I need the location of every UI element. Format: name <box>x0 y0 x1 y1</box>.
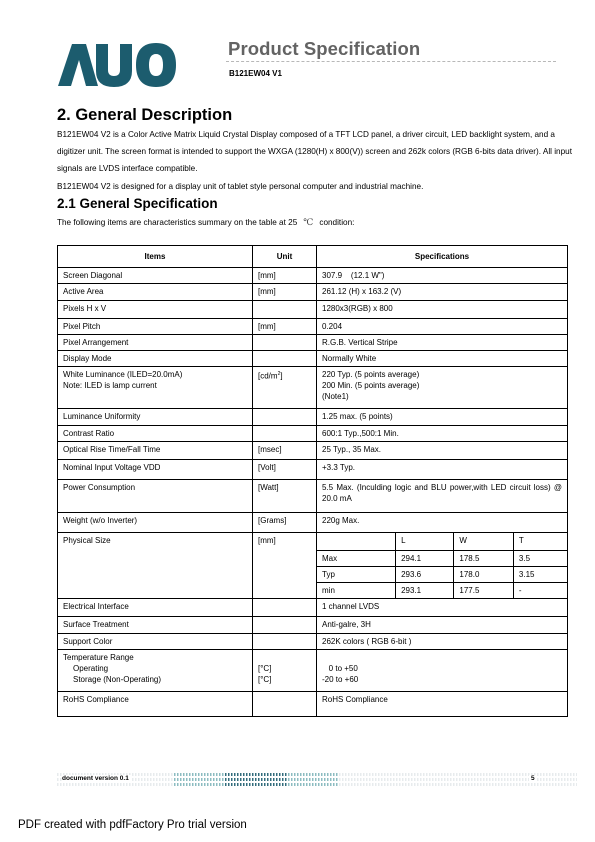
spec-cell: 307.9 (12.1 W") <box>317 268 568 284</box>
unit-cell: [msec] <box>253 442 317 460</box>
item-cell: Contrast Ratio <box>58 426 253 442</box>
unit-cell <box>253 616 317 633</box>
physical-value: 294.1 <box>396 550 454 566</box>
spec-cell: 220 Typ. (5 points average) 200 Min. (5 … <box>317 367 568 409</box>
spec-note: (Note1) <box>322 391 562 402</box>
table-row: RoHS Compliance RoHS Compliance <box>58 691 568 716</box>
table-header-row: Items Unit Specifications <box>58 246 568 268</box>
item-cell: Active Area <box>58 284 253 301</box>
unit-cell: [mm] <box>253 319 317 335</box>
table-intro: The following items are characteristics … <box>57 218 354 228</box>
table-row: Nominal Input Voltage VDD [Volt] +3.3 Ty… <box>58 460 568 480</box>
auo-logo <box>58 40 178 88</box>
spec-cell: 262K colors ( RGB 6-bit ) <box>317 633 568 649</box>
spec-cell: 220g Max. <box>317 513 568 533</box>
item-cell: Pixel Arrangement <box>58 335 253 351</box>
unit-cell: [mm] <box>253 533 317 599</box>
item-cell: Physical Size <box>58 533 253 599</box>
page-number: 5 <box>529 775 537 782</box>
table-row: Luminance Uniformity 1.25 max. (5 points… <box>58 409 568 426</box>
table-row: Weight (w/o Inverter) [Grams] 220g Max. <box>58 513 568 533</box>
table-row: Display Mode Normally White <box>58 351 568 367</box>
unit-base: [cd/m <box>258 372 278 381</box>
section-heading: 2. General Description <box>57 106 232 125</box>
doc-title: Product Specification <box>228 38 420 60</box>
item-cell: Power Consumption <box>58 480 253 513</box>
item-cell: Nominal Input Voltage VDD <box>58 460 253 480</box>
physical-row-max: Max 294.1 178.5 3.5 <box>317 550 567 566</box>
header-specifications: Specifications <box>317 246 568 268</box>
physical-row-typ: Typ 293.6 178.0 3.15 <box>317 566 567 582</box>
spec-cell: Anti-galre, 3H <box>317 616 568 633</box>
unit-cell <box>253 301 317 319</box>
physical-label: min <box>317 582 396 598</box>
model-number: B121EW04 V1 <box>229 69 282 78</box>
physical-value: 3.5 <box>513 550 567 566</box>
intro-text-end: condition: <box>319 218 354 227</box>
item-cell: RoHS Compliance <box>58 691 253 716</box>
physical-row-min: min 293.1 177.5 - <box>317 582 567 598</box>
unit-cell <box>253 426 317 442</box>
physical-value: 178.0 <box>454 566 514 582</box>
item-cell: Support Color <box>58 633 253 649</box>
spec-line: 0 to +50 <box>322 663 562 674</box>
document-version: document version 0.1 <box>62 775 131 782</box>
item-cell: Surface Treatment <box>58 616 253 633</box>
table-row: Electrical Interface 1 channel LVDS <box>58 598 568 616</box>
physical-value: 293.1 <box>396 582 454 598</box>
pdf-watermark: PDF created with pdfFactory Pro trial ve… <box>18 819 247 831</box>
table-row: Surface Treatment Anti-galre, 3H <box>58 616 568 633</box>
physical-size-cell: L W T Max 294.1 178.5 3.5 Typ 293.6 178.… <box>317 533 568 599</box>
unit-cell: [Volt] <box>253 460 317 480</box>
item-cell: Weight (w/o Inverter) <box>58 513 253 533</box>
spec-line: 200 Min. (5 points average) <box>322 380 562 391</box>
table-row: Screen Diagonal [mm] 307.9 (12.1 W") <box>58 268 568 284</box>
item-cell: Optical Rise Time/Fall Time <box>58 442 253 460</box>
spec-line: 220 Typ. (5 points average) <box>322 369 562 380</box>
physical-value: 178.5 <box>454 550 514 566</box>
physical-header-row: L W T <box>317 533 567 550</box>
physical-header-l: L <box>396 533 454 550</box>
item-cell: Display Mode <box>58 351 253 367</box>
physical-label: Typ <box>317 566 396 582</box>
description-paragraph: B121EW04 V2 is a Color Active Matrix Liq… <box>57 126 572 177</box>
table-row: Power Consumption [Watt] 5.5 Max. (Incul… <box>58 480 568 513</box>
general-spec-table: Items Unit Specifications Screen Diagona… <box>57 245 568 717</box>
table-row: Physical Size [mm] L W T Max 294.1 178.5 <box>58 533 568 599</box>
item-line: White Luminance (ILED=20.0mA) <box>63 369 247 380</box>
physical-size-table: L W T Max 294.1 178.5 3.5 Typ 293.6 178.… <box>317 533 567 598</box>
table-row: Pixel Pitch [mm] 0.204 <box>58 319 568 335</box>
spec-cell: 5.5 Max. (Inculding logic and BLU power,… <box>317 480 568 513</box>
header-items: Items <box>58 246 253 268</box>
spec-cell: +3.3 Typ. <box>317 460 568 480</box>
item-cell: Pixels H x V <box>58 301 253 319</box>
spec-cell: 0.204 <box>317 319 568 335</box>
table-row: Contrast Ratio 600:1 Typ.,500:1 Min. <box>58 426 568 442</box>
unit-cell <box>253 409 317 426</box>
table-row: White Luminance (ILED=20.0mA) Note: ILED… <box>58 367 568 409</box>
unit-cell: [°C] [°C] <box>253 649 317 691</box>
spec-cell: R.G.B. Vertical Stripe <box>317 335 568 351</box>
spec-cell: 0 to +50 -20 to +60 <box>317 649 568 691</box>
intro-text: The following items are characteristics … <box>57 218 297 227</box>
physical-header <box>317 533 396 550</box>
celsius-unit: ℃ <box>303 218 313 228</box>
item-cell: Screen Diagonal <box>58 268 253 284</box>
item-cell: Temperature Range Operating Storage (Non… <box>58 649 253 691</box>
unit-cell: [cd/m2] <box>253 367 317 409</box>
item-cell: Electrical Interface <box>58 598 253 616</box>
header-unit: Unit <box>253 246 317 268</box>
unit-cell: [mm] <box>253 284 317 301</box>
unit-line: [°C] <box>258 674 311 685</box>
unit-line: [°C] <box>258 663 311 674</box>
physical-label: Max <box>317 550 396 566</box>
spec-cell: Normally White <box>317 351 568 367</box>
unit-cell <box>253 351 317 367</box>
item-line: Temperature Range <box>63 652 247 663</box>
spec-cell: RoHS Compliance <box>317 691 568 716</box>
item-cell: White Luminance (ILED=20.0mA) Note: ILED… <box>58 367 253 409</box>
item-note: Note: ILED is lamp current <box>63 380 247 391</box>
physical-value: 293.6 <box>396 566 454 582</box>
unit-end: ] <box>280 372 282 381</box>
unit-cell <box>253 598 317 616</box>
spec-cell: 25 Typ., 35 Max. <box>317 442 568 460</box>
sub-item: Storage (Non-Operating) <box>63 674 247 685</box>
physical-value: - <box>513 582 567 598</box>
table-row: Support Color 262K colors ( RGB 6-bit ) <box>58 633 568 649</box>
spec-cell: 261.12 (H) x 163.2 (V) <box>317 284 568 301</box>
unit-cell <box>253 633 317 649</box>
table-row: Pixels H x V 1280x3(RGB) x 800 <box>58 301 568 319</box>
table-row: Pixel Arrangement R.G.B. Vertical Stripe <box>58 335 568 351</box>
unit-cell: [mm] <box>253 268 317 284</box>
usage-paragraph: B121EW04 V2 is designed for a display un… <box>57 178 572 195</box>
table-row: Active Area [mm] 261.12 (H) x 163.2 (V) <box>58 284 568 301</box>
physical-header-w: W <box>454 533 514 550</box>
spec-cell: 600:1 Typ.,500:1 Min. <box>317 426 568 442</box>
spec-line: -20 to +60 <box>322 674 562 685</box>
physical-value: 177.5 <box>454 582 514 598</box>
sub-item: Operating <box>63 663 247 674</box>
item-cell: Luminance Uniformity <box>58 409 253 426</box>
table-row: Temperature Range Operating Storage (Non… <box>58 649 568 691</box>
unit-cell: [Watt] <box>253 480 317 513</box>
physical-header-t: T <box>513 533 567 550</box>
spec-cell: 1280x3(RGB) x 800 <box>317 301 568 319</box>
footer-decorative-strip <box>57 768 577 792</box>
unit-cell: [Grams] <box>253 513 317 533</box>
subsection-heading: 2.1 General Specification <box>57 196 218 211</box>
item-cell: Pixel Pitch <box>58 319 253 335</box>
spec-cell: 1.25 max. (5 points) <box>317 409 568 426</box>
spec-cell: 1 channel LVDS <box>317 598 568 616</box>
unit-cell <box>253 691 317 716</box>
physical-value: 3.15 <box>513 566 567 582</box>
unit-cell <box>253 335 317 351</box>
header-divider <box>226 61 556 62</box>
table-row: Optical Rise Time/Fall Time [msec] 25 Ty… <box>58 442 568 460</box>
